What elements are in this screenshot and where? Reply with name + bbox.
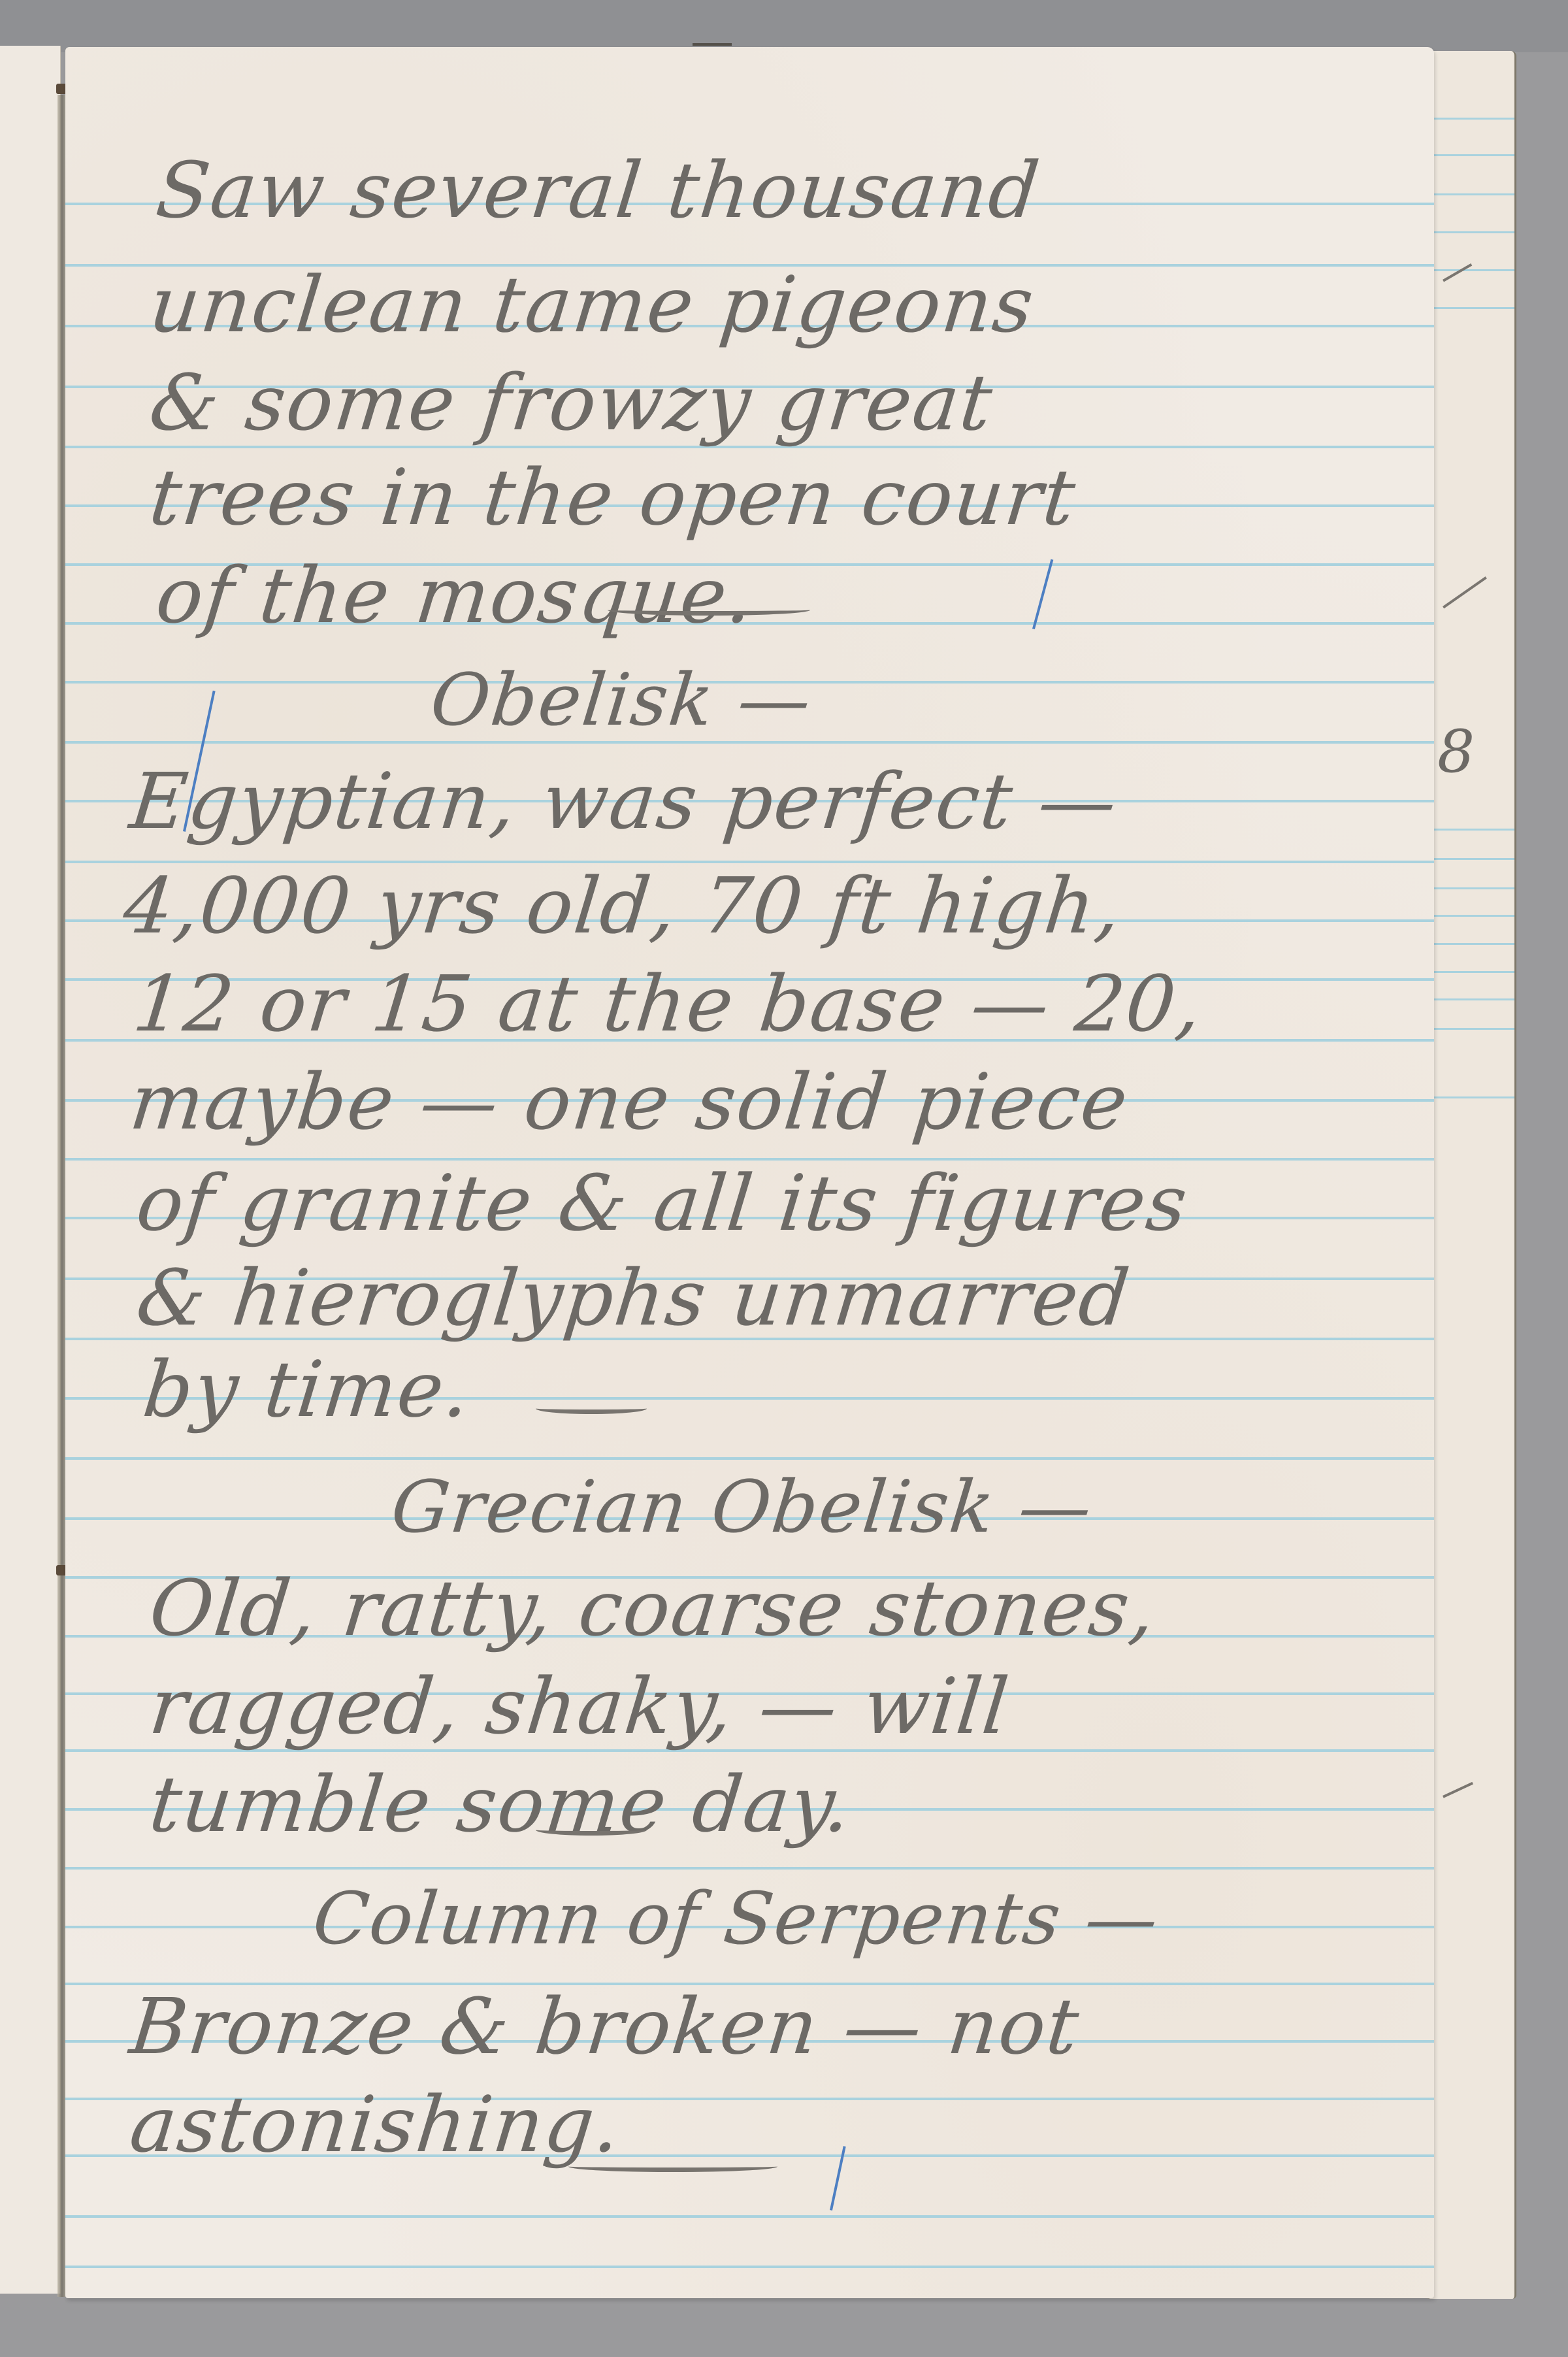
previous-page-edge <box>0 46 61 2294</box>
margin-tick <box>1443 576 1487 608</box>
handwritten-line: tumble some day. <box>146 1759 857 1849</box>
rule-line <box>65 1457 1434 1460</box>
rule-line <box>65 2266 1434 2268</box>
scan-background <box>0 0 1568 52</box>
handwritten-line: Saw several thousand <box>152 145 1045 235</box>
margin-tick <box>1443 263 1472 282</box>
handwritten-line: Old, ratty, coarse stones, <box>146 1563 1161 1653</box>
section-heading: Grecian Obelisk — <box>387 1465 1096 1549</box>
rule-line <box>65 1867 1434 1870</box>
margin-number: 8 <box>1437 717 1475 786</box>
handwritten-line: of granite & all its figures <box>133 1158 1192 1248</box>
handwritten-line: Bronze & broken — not <box>126 1981 1085 2071</box>
rule-line <box>65 2215 1434 2218</box>
handwritten-line: unclean tame pigeons <box>146 259 1039 350</box>
handwritten-line: astonishing. <box>126 2079 626 2169</box>
handwritten-line: 12 or 15 at the base — 20, <box>129 959 1207 1049</box>
rule-line <box>1429 1096 1514 1098</box>
rule-line <box>1429 118 1514 120</box>
stacked-page-edges: 8 <box>1428 51 1516 2299</box>
section-heading: Obelisk — <box>427 658 816 742</box>
handwritten-line: trees in the open court <box>146 452 1081 542</box>
section-divider <box>608 604 810 616</box>
handwritten-line: 4,000 yrs old, 70 ft high, <box>120 861 1126 951</box>
section-divider <box>536 1824 647 1836</box>
handwritten-line: ragged, shaky, — will <box>146 1661 1014 1751</box>
handwritten-line: of the mosque. <box>152 550 759 640</box>
section-divider <box>536 1403 647 1414</box>
notebook-page: Saw several thousand unclean tame pigeon… <box>65 47 1434 2298</box>
margin-tick <box>1443 1782 1473 1798</box>
rule-line <box>1429 829 1514 831</box>
rule-line <box>1429 307 1514 309</box>
handwritten-line: by time. <box>139 1344 476 1434</box>
section-heading: Column of Serpents — <box>309 1877 1163 1960</box>
rule-line <box>1429 193 1514 195</box>
handwritten-line: & some frowzy great <box>146 357 998 448</box>
rule-line <box>1429 154 1514 156</box>
rule-line <box>1429 887 1514 889</box>
rule-line <box>1429 858 1514 860</box>
section-divider <box>568 2161 777 2172</box>
rule-line <box>1429 915 1514 917</box>
rule-line <box>1429 943 1514 945</box>
handwritten-line: & hieroglyphs unmarred <box>133 1253 1135 1343</box>
top-pencil-tick <box>693 43 732 46</box>
handwritten-line: Egyptian, was perfect — <box>126 756 1122 846</box>
rule-line <box>1429 231 1514 233</box>
rule-line <box>1429 1028 1514 1030</box>
rule-line <box>1429 269 1514 271</box>
rule-line <box>1429 998 1514 1000</box>
rule-line <box>1429 971 1514 973</box>
handwritten-line: maybe — one solid piece <box>126 1057 1133 1147</box>
